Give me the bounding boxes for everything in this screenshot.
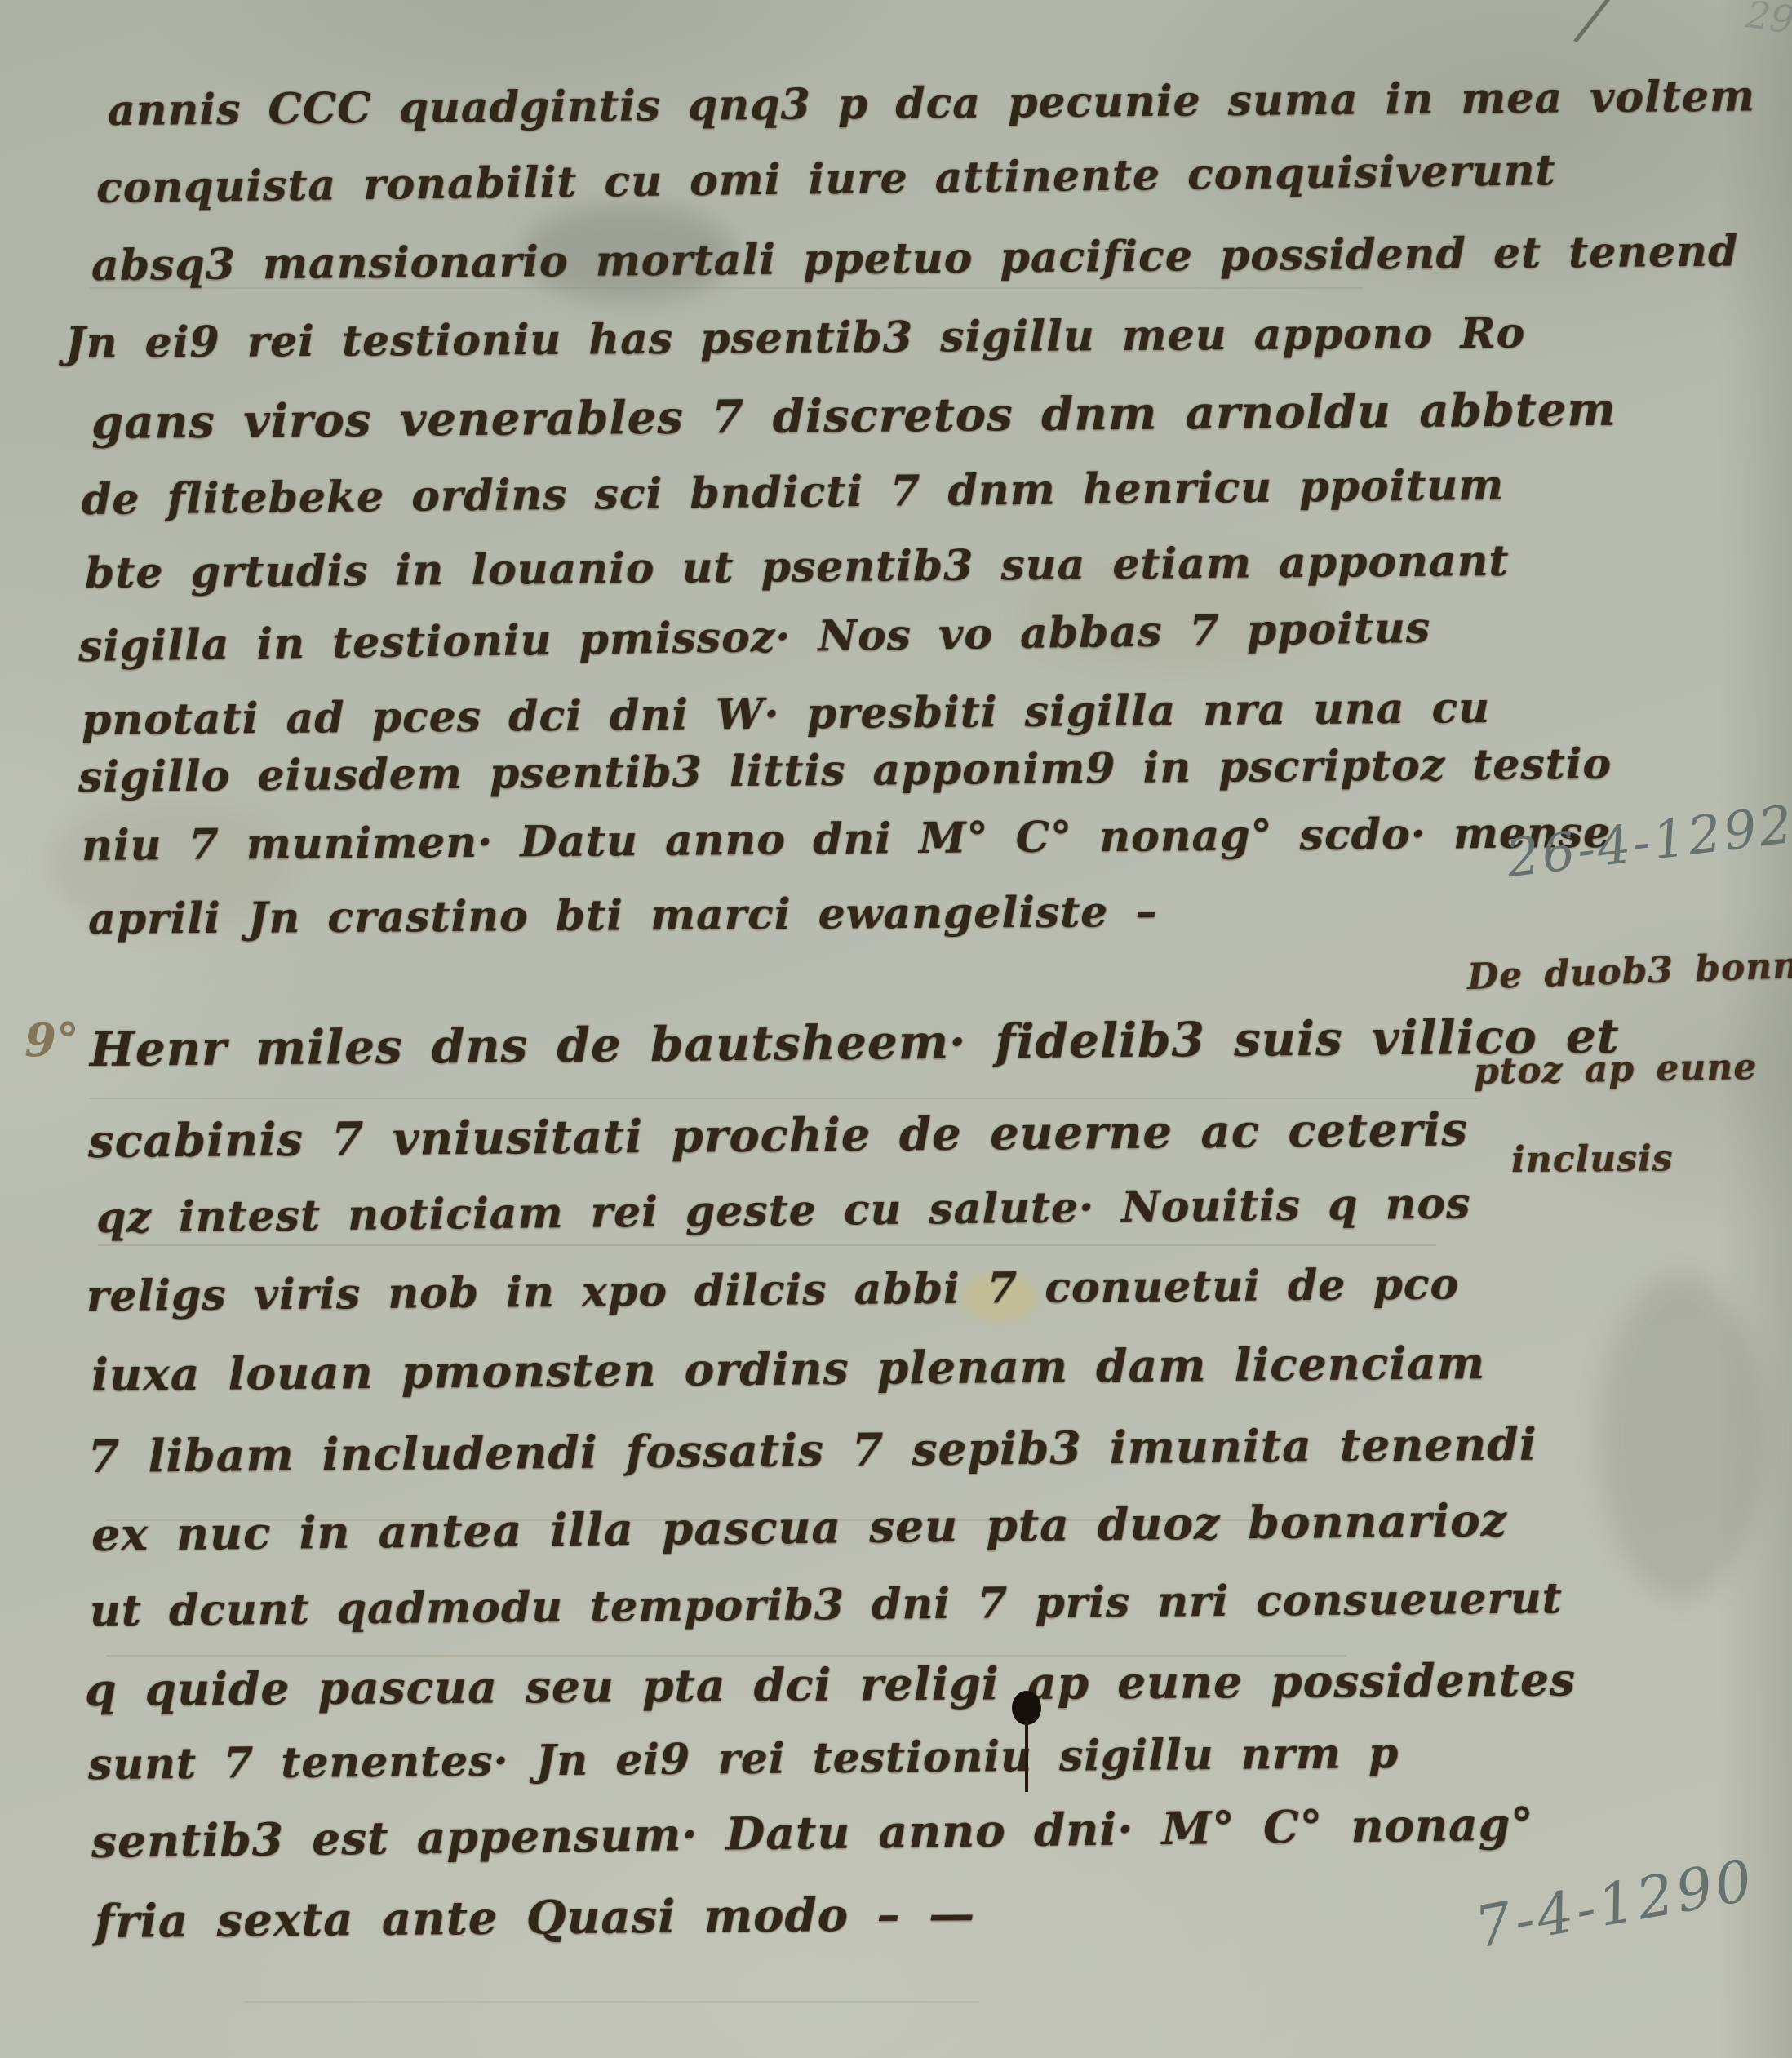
ruling-line <box>90 1098 1477 1099</box>
margin-item-number: 9° <box>24 1013 79 1067</box>
manuscript-line: religs viris nob in xpo dilcis abbi 7 co… <box>86 1259 1460 1321</box>
hairline-mark <box>1573 0 1610 43</box>
manuscript-line: niu 7 munimen· Datu anno dni M° C° nonag… <box>82 808 1612 871</box>
manuscript-line: Jn ei9 rei testioniu has psentib3 sigill… <box>65 308 1526 368</box>
manuscript-line: pnotati ad pces dci dni W· presbiti sigi… <box>82 683 1490 745</box>
manuscript-line: q quide pascua seu pta dci religi ap eun… <box>85 1652 1576 1716</box>
manuscript-line: bte grtudis in louanio ut psentib3 sua e… <box>85 536 1510 598</box>
manuscript-line: sunt 7 tenentes· Jn ei9 rei testioniu si… <box>88 1728 1399 1790</box>
stain <box>1599 1273 1763 1599</box>
ink-blot-tail <box>1025 1720 1028 1792</box>
manuscript-line: ut dcunt qadmodu temporib3 dni 7 pris nr… <box>90 1573 1563 1636</box>
manuscript-line: sigillo eiusdem psentib3 littis apponim9… <box>78 739 1612 802</box>
manuscript-line: sigilla in testioniu pmissoz· Nos vo abb… <box>78 603 1431 672</box>
manuscript-line: conquista ronabilit cu omi iure attinent… <box>96 145 1556 213</box>
page-edge-shadow <box>1719 0 1792 2058</box>
manuscript-line: fria sexta ante Quasi modo – — <box>95 1887 976 1949</box>
manuscript-page: 29 annis CCC quadgintis qnq3 p dca pecun… <box>0 0 1792 2058</box>
margin-note-line: De duob3 bonnia <box>1466 943 1792 998</box>
manuscript-line: de flitebeke ordins sci bndicti 7 dnm he… <box>82 460 1505 525</box>
manuscript-line: annis CCC quadgintis qnq3 p dca pecunie … <box>108 71 1755 135</box>
manuscript-line: gans viros venerables 7 discretos dnm ar… <box>91 383 1617 450</box>
manuscript-line: Henr miles dns de bautsheem· fidelib3 su… <box>90 1009 1620 1077</box>
margin-note-line: inclusis <box>1511 1138 1674 1181</box>
manuscript-line: sentib3 est appensum· Datu anno dni· M° … <box>91 1797 1534 1868</box>
folio-number: 29 <box>1744 0 1792 42</box>
manuscript-line: qz intest noticiam rei geste cu salute· … <box>96 1178 1471 1243</box>
manuscript-line: absq3 mansionario mortali ppetuo pacific… <box>91 226 1739 291</box>
pencil-date-1290: 7-4-1290 <box>1470 1847 1761 1962</box>
manuscript-line: scabinis 7 vniusitati prochie de euerne … <box>88 1102 1468 1169</box>
manuscript-line: 7 libam includendi fossatis 7 sepib3 imu… <box>88 1417 1537 1483</box>
ruling-line <box>98 1244 1436 1246</box>
manuscript-line: ex nuc in antea illa pascua seu pta duoz… <box>91 1493 1508 1561</box>
manuscript-line: iuxa louan pmonsten ordins plenam dam li… <box>91 1336 1485 1401</box>
ruling-line <box>245 2001 979 2003</box>
manuscript-line: aprili Jn crastino bti marci ewangeliste… <box>88 887 1158 944</box>
